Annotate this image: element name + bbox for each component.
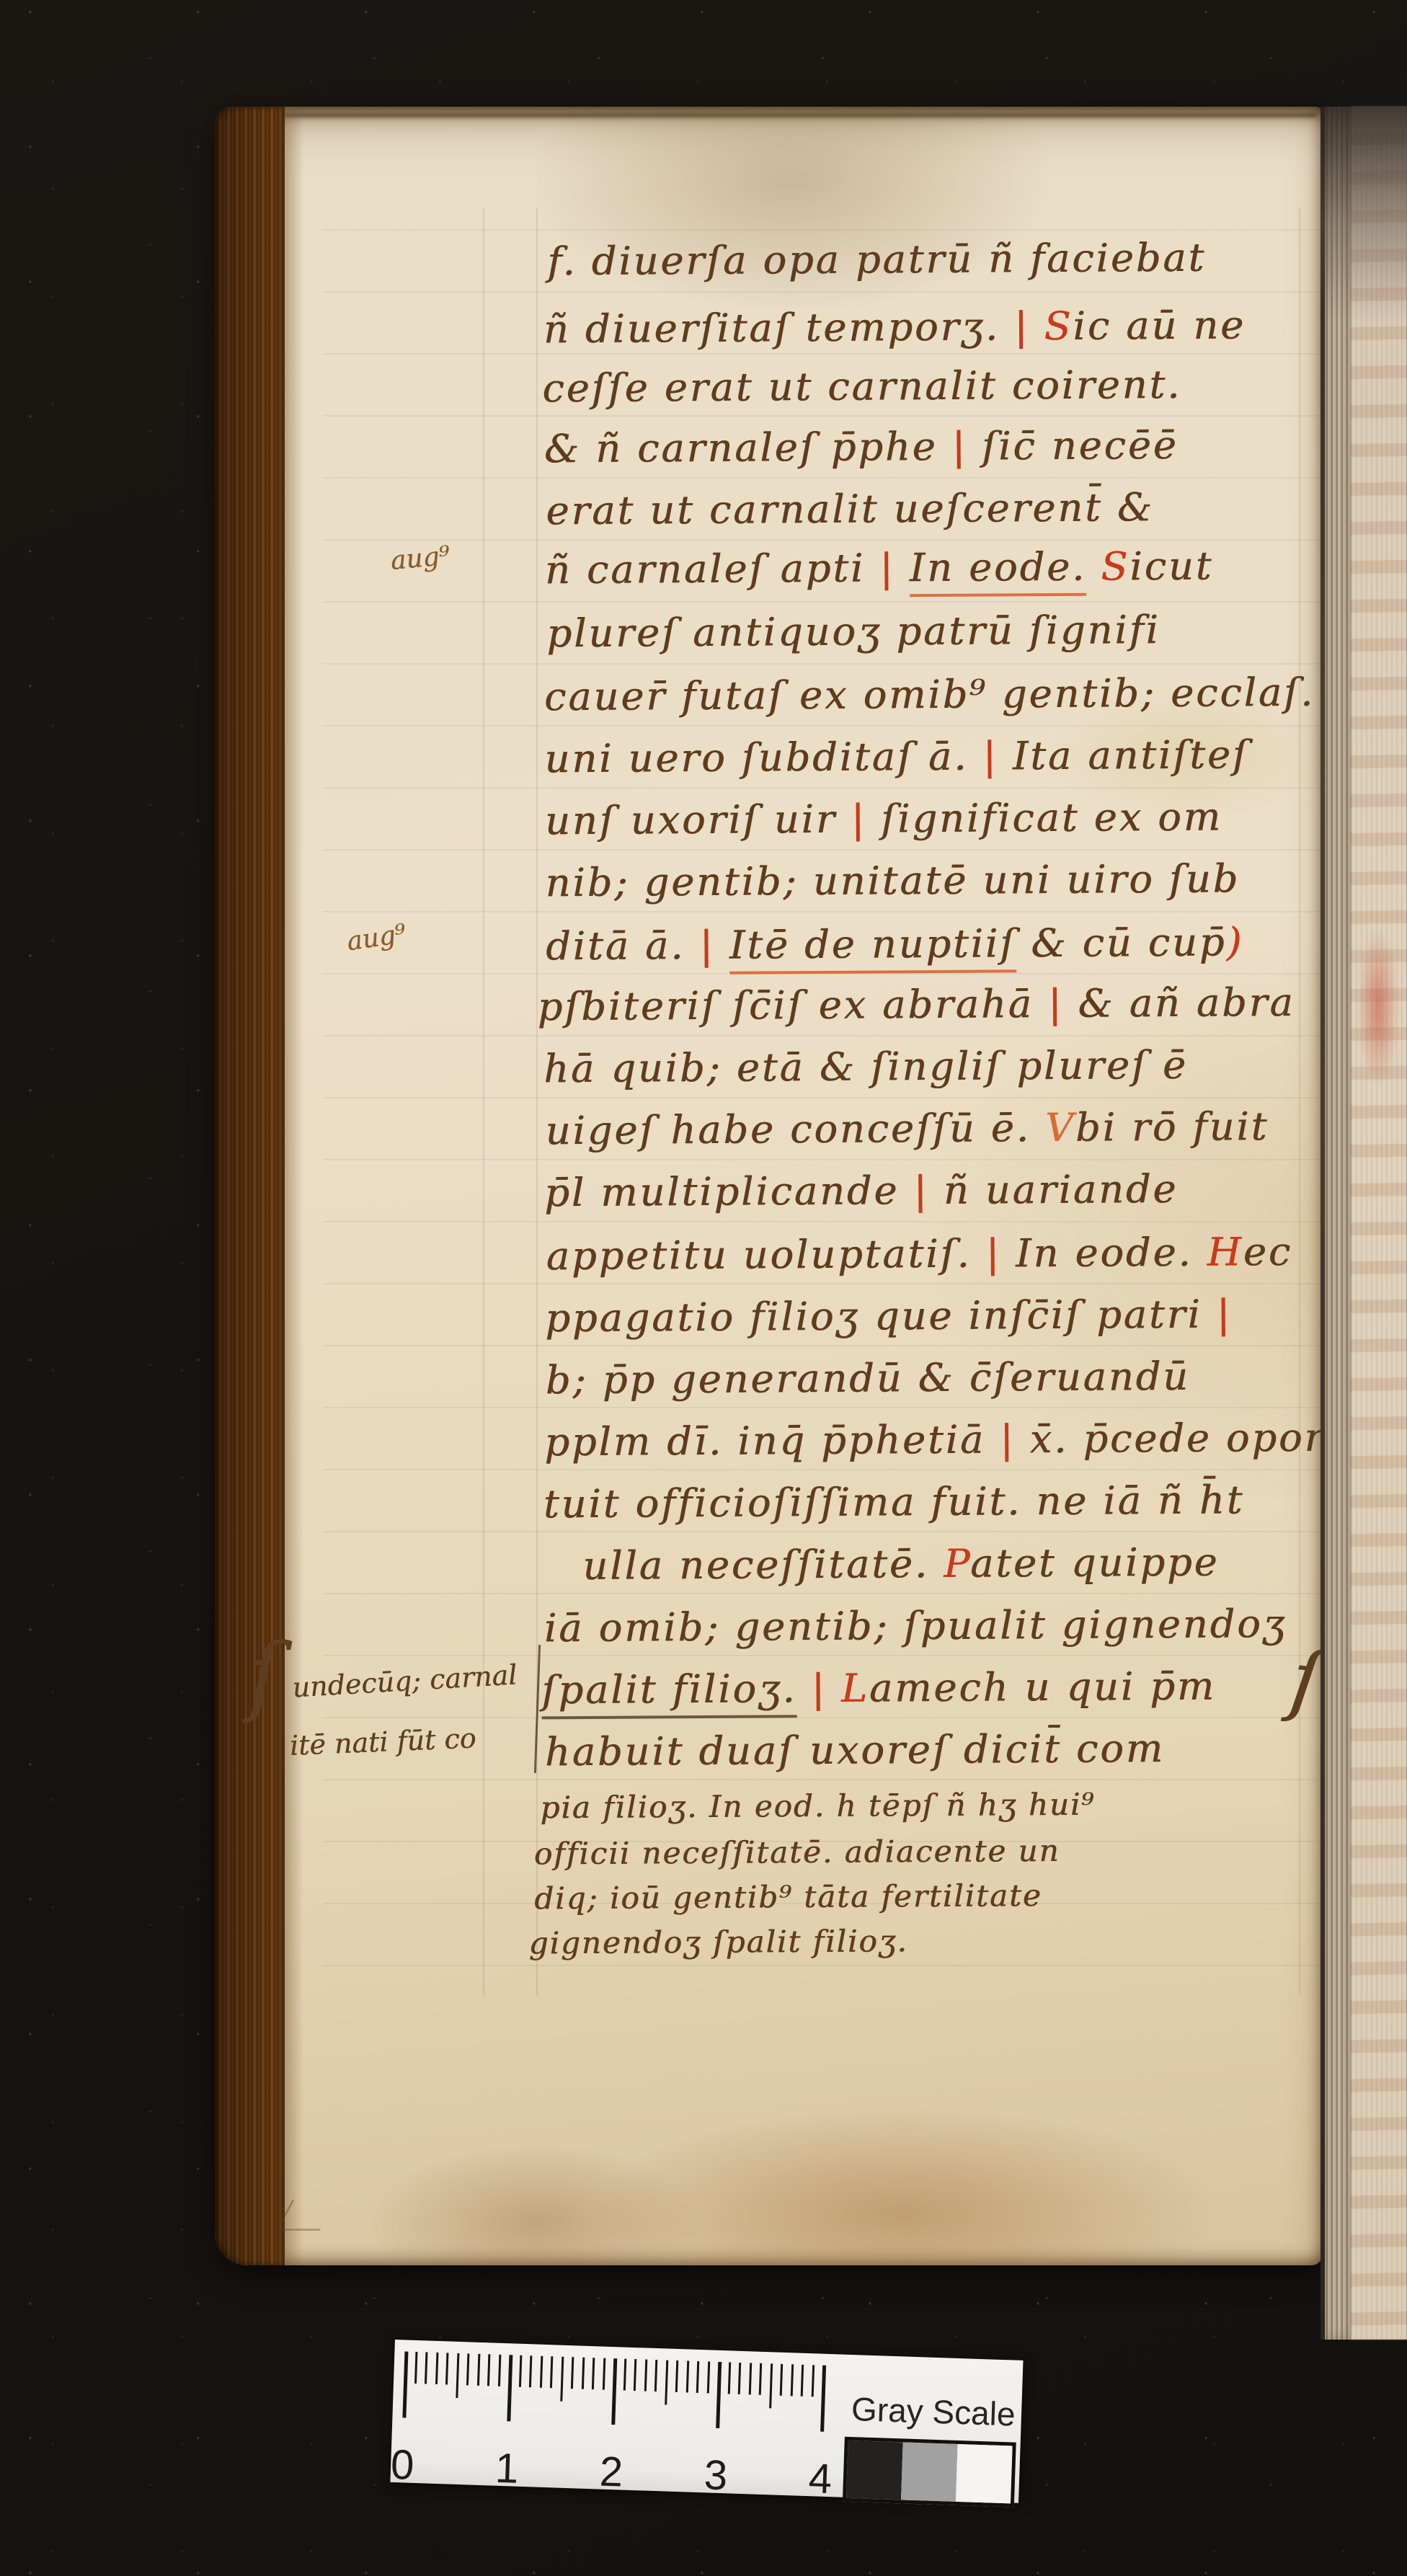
manuscript-line: ñ diuerſitaſ temporʒ. | Sic aū ne	[543, 302, 1246, 352]
ruler-tick	[790, 2364, 793, 2396]
line-segment: V	[1045, 1105, 1075, 1150]
manuscript-line: ſpalit filioʒ. | Lamech u qui p̄m	[541, 1664, 1216, 1713]
line-segment: |	[836, 796, 881, 841]
ruler-tick	[738, 2363, 741, 2394]
line-segment: unſ uxoriſ uir	[545, 796, 837, 843]
line-segment: ſic̄ necēē	[982, 422, 1179, 469]
line-segment: x̄. p̄cede opor	[1029, 1415, 1325, 1462]
ruler-tick	[665, 2360, 668, 2404]
ruler-tick	[602, 2358, 605, 2390]
ruler-tick	[529, 2355, 532, 2387]
line-segment: |	[968, 733, 1013, 778]
gray-scale-box	[843, 2437, 1016, 2508]
line-segment: p̄l multiplicande	[544, 1168, 899, 1215]
gray-patch	[956, 2444, 1013, 2503]
manuscript-small-line: pia filioʒ. In eod. h tēpſ ñ hʒ hui⁹	[540, 1787, 1095, 1826]
line-segment: ſignificat ex om	[881, 794, 1222, 842]
line-segment: habuit duaſ uxoreſ dicit̄ com	[545, 1726, 1165, 1775]
ruler-tick	[748, 2363, 751, 2394]
manuscript-line: erat ut carnalit ueſcerent̄ &	[546, 484, 1154, 533]
calibration-ruler: 01234 Gray Scale	[390, 2340, 1023, 2503]
ruler-tick	[654, 2360, 657, 2391]
ruler-tick	[727, 2362, 730, 2394]
gray-patch	[846, 2440, 903, 2500]
manuscript-line: ñ carnaleſ apti | In eode. Sicut	[545, 543, 1214, 593]
line-segment: Itē de nuptiiſ	[729, 920, 1017, 974]
ruler-tick	[456, 2353, 459, 2398]
gray-patch	[901, 2442, 958, 2501]
line-segment: |	[865, 545, 910, 590]
line-segment: atet quippe	[970, 1540, 1220, 1586]
margin-note: aug⁹	[389, 541, 451, 576]
gray-scale-label: Gray Scale	[851, 2389, 1016, 2434]
manuscript-line: iā omib; gentib; ſpualit gignendoʒ	[544, 1601, 1287, 1651]
manuscript-text-layer: f. diuerſa opa patrū ñ faciebatñ diuerſi…	[0, 0, 1407, 2576]
ruler-tick	[560, 2357, 564, 2402]
ruler-tick	[550, 2356, 553, 2388]
line-segment: ic aū ne	[1073, 302, 1246, 348]
line-segment: |	[1034, 981, 1078, 1026]
manuscript-line: appetitu uoluptatiſ. | In eode. Hec	[546, 1229, 1293, 1279]
manuscript-line: hā quib; etā & ſingliſ plureſ ē	[543, 1042, 1188, 1091]
manuscript-line: uni uero ſubditaſ ā. | Ita antiſteſ	[544, 732, 1249, 781]
line-segment: In eode.	[1016, 1230, 1207, 1276]
manuscript-line: pplm dī. inq̄ p̄phetiā | x̄. p̄cede opor	[544, 1415, 1325, 1465]
manuscript-small-line: gignendoʒ ſpalit filioʒ.	[528, 1923, 907, 1960]
ruler-tick	[539, 2356, 542, 2388]
manuscript-line: ditā ā. | Itē de nuptiiſ & cū cup̄)	[546, 919, 1244, 969]
ruler-tick	[497, 2355, 500, 2386]
ruler-tick	[435, 2353, 438, 2384]
margin-note: itē nati fūt co	[289, 1722, 476, 1762]
ruler-tick	[801, 2365, 804, 2397]
manuscript-line: uigeſ habe conceſſū ē. Vbi rō fuit	[545, 1103, 1269, 1153]
line-segment: ec	[1243, 1229, 1293, 1274]
line-segment: pia filioʒ. In eod. h tēpſ ñ hʒ hui⁹	[540, 1787, 1095, 1826]
ruler-tick	[466, 2353, 469, 2385]
line-segment: & añ abra	[1078, 980, 1295, 1026]
line-segment: ceſſe erat ut carnalit coirent.	[542, 362, 1181, 411]
ruler-tick	[716, 2362, 722, 2428]
line-segment: ñ uariande	[944, 1166, 1179, 1213]
ruler-tick	[425, 2352, 427, 2384]
line-segment: |	[685, 923, 729, 968]
line-segment: f. diuerſa opa patrū ñ faciebat	[547, 235, 1206, 285]
line-segment: |	[985, 1416, 1030, 1462]
line-segment: tuit officioſiſſima fuit. ne iā ñ h̄t	[543, 1477, 1245, 1527]
adjacent-leaf-strip	[1321, 107, 1407, 2340]
line-segment: ppagatio filioʒ que inſc̄iſ patri	[545, 1292, 1202, 1341]
manuscript-small-line: diq; ioū gentib⁹ tāta fertilitate	[534, 1878, 1042, 1916]
line-segment: gignendoʒ ſpalit filioʒ.	[528, 1923, 907, 1960]
line-segment: amech u qui p̄m	[869, 1664, 1216, 1711]
line-segment: ñ carnaleſ apti	[545, 546, 866, 593]
ruler-tick	[507, 2355, 512, 2421]
line-segment: b; p̄p generandū & c̄ſeruandū	[546, 1354, 1190, 1403]
manuscript-line: unſ uxoriſ uir | ſignificat ex om	[545, 794, 1222, 844]
line-segment: ditā ā.	[546, 923, 685, 969]
leaf-fore-edge-band	[1325, 107, 1351, 2340]
line-segment: H	[1207, 1229, 1243, 1274]
line-segment: S	[1086, 543, 1130, 589]
manuscript-line: f. diuerſa opa patrū ñ faciebat	[547, 235, 1206, 285]
ruler-tick	[611, 2358, 617, 2425]
line-segment: plureſ antiquoʒ patrū ſignifi	[546, 607, 1160, 656]
manuscript-line: p̄l multiplicande | ñ uariande	[544, 1166, 1178, 1215]
line-segment: & cū cup̄	[1016, 920, 1227, 967]
ruler-number: 2	[599, 2448, 623, 2497]
manuscript-line: ceſſe erat ut carnalit coirent.	[542, 362, 1181, 411]
ruler-tick	[696, 2361, 699, 2393]
ruler-tick	[811, 2365, 814, 2397]
ruler-tick	[706, 2361, 709, 2393]
ruler-tick	[759, 2363, 762, 2395]
line-segment: Ita antiſteſ	[1013, 732, 1249, 778]
ruler-tick	[402, 2351, 408, 2417]
line-segment: |	[971, 1230, 1016, 1276]
margin-note: ſ	[247, 1626, 280, 1726]
ruler-tick	[414, 2352, 417, 2384]
manuscript-line: pſbiteriſ ſc̄iſ ex abrahā | & añ abra	[537, 980, 1295, 1029]
manuscript-line: b; p̄p generandū & c̄ſeruandū	[546, 1354, 1190, 1403]
line-segment: diq; ioū gentib⁹ tāta fertilitate	[534, 1878, 1042, 1916]
shadow-overlay	[1321, 107, 1407, 323]
line-segment: cauer̄ futaſ ex omib⁹ gentib; ecclaſ.	[544, 670, 1315, 720]
line-segment: iā omib; gentib; ſpualit gignendoʒ	[544, 1601, 1287, 1651]
ruler-tick	[445, 2353, 448, 2384]
ruler-number: 0	[390, 2440, 414, 2490]
ruler-tick	[571, 2357, 574, 2389]
line-segment: ſpalit filioʒ.	[541, 1666, 797, 1719]
line-segment: pſbiteriſ ſc̄iſ ex abrahā	[537, 981, 1034, 1029]
line-segment: In eode.	[910, 544, 1087, 597]
line-segment: erat ut carnalit ueſcerent̄ &	[546, 484, 1154, 533]
ruler-tick	[769, 2363, 773, 2408]
line-segment: nib; gentib; unitatē uni uiro ſub	[545, 856, 1240, 905]
line-segment: | L	[796, 1666, 869, 1712]
red-ink-smudge	[1358, 928, 1398, 1087]
line-segment: )	[1226, 919, 1243, 964]
manuscript-line: plureſ antiquoʒ patrū ſignifi	[546, 607, 1160, 656]
line-segment: |	[937, 424, 982, 469]
manuscript-line: cauer̄ futaſ ex omib⁹ gentib; ecclaſ.	[544, 670, 1315, 720]
line-segment: |	[1202, 1292, 1232, 1337]
ruler-number: 4	[808, 2454, 833, 2503]
line-segment: uni uero ſubditaſ ā.	[544, 734, 968, 782]
ruler-tick	[623, 2359, 626, 2391]
margin-note: aug⁹	[345, 919, 407, 956]
manuscript-line: ppagatio filioʒ que inſc̄iſ patri |	[545, 1292, 1232, 1341]
manuscript-small-line: officii neceſſitatē. adiacente un	[534, 1833, 1060, 1871]
ruler-tick	[592, 2358, 595, 2389]
ruler-tick	[675, 2360, 678, 2392]
scene: f. diuerſa opa patrū ñ faciebatñ diuerſi…	[0, 0, 1407, 2576]
ruler-tick	[581, 2358, 584, 2389]
manuscript-line: ulla neceſſitatē. Patet quippe	[582, 1540, 1219, 1589]
ghost-text-page	[1351, 107, 1407, 2340]
ruler-tick	[780, 2364, 783, 2396]
ruler-tick	[634, 2359, 636, 2391]
ruler-tick	[820, 2366, 826, 2432]
line-segment: |	[899, 1168, 944, 1213]
ruler-number: 1	[494, 2444, 519, 2493]
line-segment: uigeſ habe conceſſū ē.	[545, 1105, 1045, 1153]
manuscript-line: nib; gentib; unitatē uni uiro ſub	[545, 856, 1240, 905]
manuscript-line: tuit officioſiſſima fuit. ne iā ñ h̄t	[543, 1477, 1245, 1527]
manuscript-line: & ñ carnaleſ p̄phe | ſic̄ necēē	[544, 422, 1179, 471]
line-segment: ñ diuerſitaſ temporʒ.	[543, 303, 1000, 352]
line-segment: & ñ carnaleſ p̄phe	[544, 424, 938, 471]
ruler-tick	[644, 2360, 647, 2391]
ruler-tick	[518, 2355, 521, 2387]
line-segment: ulla neceſſitatē.	[582, 1541, 944, 1589]
ruler-tick	[476, 2354, 479, 2386]
ruler-tick	[685, 2360, 688, 2392]
line-segment: pplm dī. inq̄ p̄phetiā	[544, 1417, 985, 1465]
line-segment: P	[944, 1541, 970, 1586]
manuscript-line: habuit duaſ uxoreſ dicit̄ com	[545, 1726, 1165, 1775]
margin-note: undecūq; carnal	[291, 1658, 518, 1703]
line-segment: hā quib; etā & ſingliſ plureſ ē	[543, 1042, 1188, 1091]
line-segment: | S	[1000, 303, 1073, 350]
ruler-tick	[487, 2354, 490, 2386]
ruler-number: 3	[703, 2451, 728, 2500]
line-segment: icut	[1129, 543, 1213, 590]
line-segment: bi rō fuit	[1075, 1103, 1269, 1150]
line-segment: officii neceſſitatē. adiacente un	[534, 1833, 1060, 1871]
line-segment: appetitu uoluptatiſ.	[546, 1231, 972, 1279]
